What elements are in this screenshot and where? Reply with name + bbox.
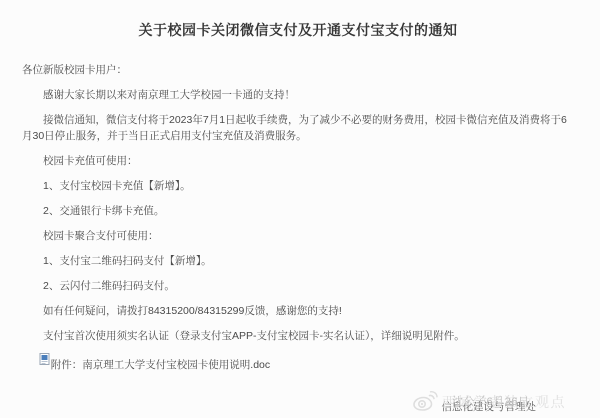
- word-doc-icon: [39, 353, 50, 365]
- paragraph-thanks: 感谢大家长期以来对南京理工大学校园一卡通的支持！: [22, 87, 574, 103]
- list-item-unionpay-qr: 2、云闪付二维码扫码支付。: [22, 278, 574, 294]
- notice-document: 关于校园卡关闭微信支付及开通支付宝支付的通知 各位新版校园卡用户： 感谢大家长期…: [0, 0, 600, 415]
- list-item-bank-card: 2、交通银行卡绑卡充值。: [22, 203, 574, 219]
- paragraph-realname: 支付宝首次使用须实名认证（登录支付宝APP-支付宝校园卡-实名认证），详细说明见…: [22, 328, 574, 344]
- attachment-label: 附件：: [51, 359, 83, 371]
- salutation: 各位新版校园卡用户：: [22, 62, 574, 78]
- signature-department: 信息化建设与管理处: [22, 399, 574, 415]
- attachment-filename[interactable]: 南京理工大学支付宝校园卡使用说明.doc: [82, 359, 270, 371]
- list-item-alipay-recharge: 1、支付宝校园卡充值【新增】。: [22, 178, 574, 194]
- paragraph-aggregate-pay-header: 校园卡聚合支付可使用：: [22, 228, 574, 244]
- list-item-alipay-qr: 1、支付宝二维码扫码支付【新增】。: [22, 253, 574, 269]
- paragraph-wechat-notice: 接微信通知，微信支付将于2023年7月1日起收手续费，为了减少不必要的财务费用，…: [22, 112, 574, 144]
- paragraph-contact: 如有任何疑问，请拨打84315200/84315299反馈，感谢您的支持!: [22, 303, 574, 319]
- attachment-line: 附件：南京理工大学支付宝校园卡使用说明.doc: [22, 353, 574, 373]
- paragraph-recharge-header: 校园卡充值可使用：: [22, 153, 574, 169]
- page-title: 关于校园卡关闭微信支付及开通支付宝支付的通知: [22, 20, 574, 40]
